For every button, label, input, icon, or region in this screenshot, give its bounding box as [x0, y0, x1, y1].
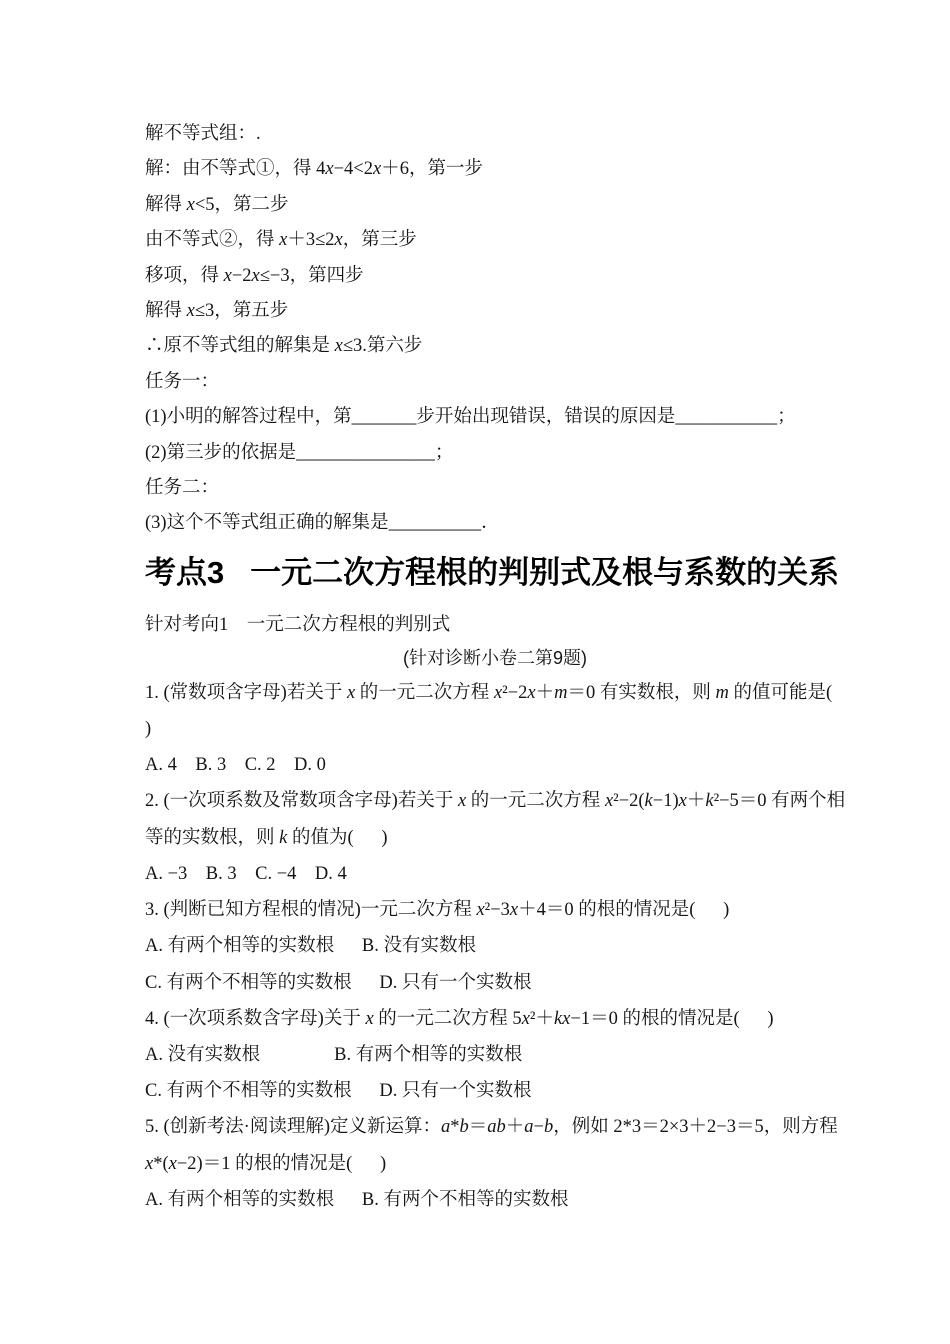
text-run: 的值为( ) — [287, 828, 387, 848]
text-run: ²−5＝0 有两个相 — [714, 791, 846, 811]
text-run: 3. (判断已知方程根的情况)一元二次方程 — [145, 900, 476, 920]
text-line: (1)小明的解答过程中，第_______步开始出现错误，错误的原因是______… — [145, 400, 845, 435]
math-variable: x — [494, 683, 502, 703]
text-line: 解：由不等式①，得 4x−4<2x＋6，第一步 — [145, 152, 845, 187]
text-run: A. −3 B. 3 C. −4 D. 4 — [145, 864, 347, 884]
math-variable: x — [365, 1009, 373, 1029]
math-variable: x — [476, 900, 484, 920]
math-variable: x — [325, 159, 333, 179]
text-run: −2)＝1 的根的情况是( ) — [177, 1154, 386, 1174]
text-run: A. 4 B. 3 C. 2 D. 0 — [145, 755, 326, 775]
text-run: ²＋ — [530, 1009, 554, 1029]
math-variable: b — [459, 1117, 468, 1137]
text-run: ＋3≤2 — [287, 230, 334, 250]
text-run: ＝0 有实数根，则 — [568, 683, 716, 703]
text-line: A. 4 B. 3 C. 2 D. 0 — [145, 747, 845, 783]
text-run: ，例如 2*3＝2×3＋2−3＝5，则方程 — [553, 1117, 838, 1137]
math-variable: x — [510, 900, 518, 920]
text-line: C. 有两个不相等的实数根 D. 只有一个实数根 — [145, 965, 845, 1001]
text-run: ＋4＝0 的根的情况是( ) — [518, 900, 729, 920]
math-variable: kx — [554, 1009, 570, 1029]
math-variable: x — [169, 1154, 177, 1174]
text-run: <5，第二步 — [195, 195, 289, 215]
math-variable: x — [605, 791, 613, 811]
text-run: A. 有两个相等的实数根 B. 没有实数根 — [145, 936, 476, 956]
text-run: ²−2 — [502, 683, 527, 703]
text-line: 1. (常数项含字母)若关于 x 的一元二次方程 x²−2x＋m＝0 有实数根，… — [145, 675, 845, 711]
math-variable: x — [522, 1009, 530, 1029]
text-run: ²−3 — [485, 900, 510, 920]
text-line: 解不等式组：. — [145, 117, 845, 152]
text-run: 等的实数根，则 — [145, 828, 279, 848]
text-run: 任务一： — [145, 372, 219, 392]
text-line: (2)第三步的依据是_______________； — [145, 436, 845, 471]
text-run: (3)这个不等式组正确的解集是__________． — [145, 513, 500, 533]
text-line: 任务二： — [145, 471, 845, 506]
text-run: ＋6，第一步 — [381, 159, 483, 179]
text-run: −2 — [232, 266, 252, 286]
text-run: A. 有两个相等的实数根 B. 有两个不相等的实数根 — [145, 1190, 568, 1210]
math-variable: m — [716, 683, 729, 703]
text-run: −1＝0 的根的情况是( ) — [570, 1009, 773, 1029]
text-run: ) — [145, 719, 151, 739]
section-heading: 考点3 一元二次方程根的判别式及根与系数的关系 — [145, 550, 845, 596]
text-run: 的一元二次方程 5 — [374, 1009, 522, 1029]
text-run: −4<2 — [334, 159, 373, 179]
text-line: ) — [145, 711, 845, 747]
text-run: ≤3.第六步 — [343, 336, 423, 356]
text-run: 的一元二次方程 — [355, 683, 494, 703]
text-run: C. 有两个不相等的实数根 D. 只有一个实数根 — [145, 1081, 531, 1101]
text-run: 的值可能是( — [729, 683, 832, 703]
text-line: 5. (创新考法·阅读理解)定义新运算：a*b＝ab＋a−b，例如 2*3＝2×… — [145, 1109, 845, 1145]
text-run: 任务二： — [145, 478, 219, 498]
text-run: *( — [153, 1154, 168, 1174]
math-variable: a — [524, 1117, 533, 1137]
text-run: ＝ — [469, 1117, 488, 1137]
math-variable: a — [441, 1117, 450, 1137]
math-variable: x — [224, 266, 232, 286]
text-line: 由不等式②，得 x＋3≤2x，第三步 — [145, 223, 845, 258]
text-line: 2. (一次项系数及常数项含字母)若关于 x 的一元二次方程 x²−2(k−1)… — [145, 783, 845, 819]
text-run: ≤−3，第四步 — [260, 266, 364, 286]
text-run: 5. (创新考法·阅读理解)定义新运算： — [145, 1117, 441, 1137]
text-run: 1. (常数项含字母)若关于 — [145, 683, 347, 703]
math-variable: x — [335, 230, 343, 250]
text-run: −1) — [653, 791, 679, 811]
source-note: (针对诊断小卷二第9题) — [145, 642, 845, 675]
text-line: 3. (判断已知方程根的情况)一元二次方程 x²−3x＋4＝0 的根的情况是( … — [145, 892, 845, 928]
math-variable: x — [187, 301, 195, 321]
text-run: 解不等式组：. — [145, 124, 261, 144]
text-run: ＋ — [687, 791, 706, 811]
text-run: A. 没有实数根 B. 有两个相等的实数根 — [145, 1045, 522, 1065]
math-variable: x — [187, 195, 195, 215]
text-line: 解得 x≤3，第五步 — [145, 294, 845, 329]
math-variable: x — [335, 336, 343, 356]
text-run: 解得 — [145, 301, 187, 321]
text-line: (3)这个不等式组正确的解集是__________． — [145, 506, 845, 541]
text-run: 解：由不等式①，得 4 — [145, 159, 325, 179]
text-run: 移项，得 — [145, 266, 224, 286]
text-run: 由不等式②，得 — [145, 230, 279, 250]
text-run: ＋ — [506, 1117, 525, 1137]
text-run: − — [534, 1117, 544, 1137]
text-run: (1)小明的解答过程中，第_______步开始出现错误，错误的原因是______… — [145, 407, 796, 427]
math-variable: x — [252, 266, 260, 286]
text-run: 解得 — [145, 195, 187, 215]
math-variable: x — [679, 791, 687, 811]
text-run: 2. (一次项系数及常数项含字母)若关于 — [145, 791, 458, 811]
text-run: ²−2( — [613, 791, 644, 811]
text-line: 4. (一次项系数含字母)关于 x 的一元二次方程 5x²＋kx−1＝0 的根的… — [145, 1001, 845, 1037]
text-line: x*(x−2)＝1 的根的情况是( ) — [145, 1146, 845, 1182]
math-variable: k — [645, 791, 653, 811]
text-line: 移项，得 x−2x≤−3，第四步 — [145, 259, 845, 294]
math-variable: k — [705, 791, 713, 811]
math-variable: b — [544, 1117, 553, 1137]
math-variable: x — [347, 683, 355, 703]
text-line: A. 有两个相等的实数根 B. 有两个不相等的实数根 — [145, 1182, 845, 1218]
exam-direction-subheading: 针对考向1 一元二次方程根的判别式 — [145, 608, 845, 642]
text-line: A. 有两个相等的实数根 B. 没有实数根 — [145, 928, 845, 964]
math-variable: x — [458, 791, 466, 811]
math-variable: m — [554, 683, 567, 703]
text-run: 的一元二次方程 — [466, 791, 605, 811]
text-line: A. −3 B. 3 C. −4 D. 4 — [145, 856, 845, 892]
text-line: C. 有两个不相等的实数根 D. 只有一个实数根 — [145, 1073, 845, 1109]
math-variable: x — [373, 159, 381, 179]
worked-example-block: 解不等式组：.解：由不等式①，得 4x−4<2x＋6，第一步解得 x<5，第二步… — [145, 117, 845, 542]
text-run: ≤3，第五步 — [195, 301, 288, 321]
text-line: 任务一： — [145, 365, 845, 400]
text-run: ＋ — [536, 683, 555, 703]
questions-block: 1. (常数项含字母)若关于 x 的一元二次方程 x²−2x＋m＝0 有实数根，… — [145, 675, 845, 1218]
text-line: A. 没有实数根 B. 有两个相等的实数根 — [145, 1037, 845, 1073]
text-run: (2)第三步的依据是_______________； — [145, 443, 453, 463]
text-run: C. 有两个不相等的实数根 D. 只有一个实数根 — [145, 973, 531, 993]
math-variable: ab — [487, 1117, 506, 1137]
math-variable: x — [145, 1154, 153, 1174]
text-run: ，第三步 — [343, 230, 417, 250]
text-line: ∴原不等式组的解集是 x≤3.第六步 — [145, 329, 845, 364]
document-page: 解不等式组：.解：由不等式①，得 4x−4<2x＋6，第一步解得 x<5，第二步… — [0, 0, 950, 1344]
text-run: 4. (一次项系数含字母)关于 — [145, 1009, 365, 1029]
text-line: 等的实数根，则 k 的值为( ) — [145, 820, 845, 856]
math-variable: x — [527, 683, 535, 703]
text-line: 解得 x<5，第二步 — [145, 188, 845, 223]
text-run: ∴原不等式组的解集是 — [145, 336, 335, 356]
